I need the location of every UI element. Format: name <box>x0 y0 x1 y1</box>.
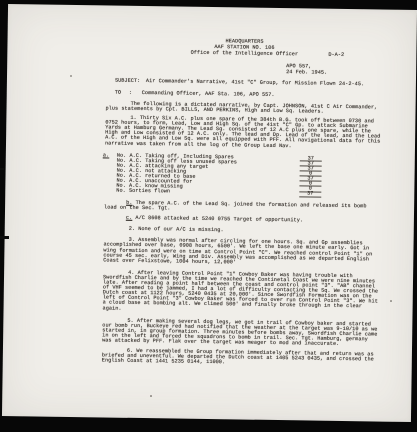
subitem-c-text: A/C 8608 attacked at 5240 0755 Target of… <box>135 215 303 223</box>
subject-label: SUBJECT: <box>115 79 146 85</box>
subitem-c-label: c. <box>126 215 132 221</box>
scan-speck <box>150 395 152 397</box>
to-label: TO <box>115 90 129 95</box>
table-row-value: 37 <box>299 191 321 197</box>
intro-paragraph: The following is a dictated narrative, b… <box>105 101 381 115</box>
table-row-label: No. Sorties flown <box>116 188 170 195</box>
paragraph-6: 6. We reassembled the Group formation im… <box>102 348 378 367</box>
to-colon: : <box>129 91 142 96</box>
scan-speck <box>70 75 72 77</box>
paragraph-5: 5. After making several dog legs, we got… <box>102 318 378 348</box>
document-content: HEADQUARTERS AAF STATION NO. 106 Office … <box>102 36 383 367</box>
subitem-b-text: The spare A.C. of the Lead Sq. joined th… <box>104 200 367 212</box>
paragraph-2: 2. None of our A/C is missing. <box>104 227 380 236</box>
to-text: Commanding Officer, AAF Sta. 106, APO 55… <box>142 90 275 98</box>
date-block: APO 557, 24 Feb. 1945. <box>286 64 382 77</box>
scan-edge-artifact <box>0 236 9 239</box>
document-page: HEADQUARTERS AAF STATION NO. 106 Office … <box>2 4 417 422</box>
paragraph-3: 3. Assembly was normal after circling fo… <box>103 238 379 268</box>
sortie-stats-table: a. No. A.C. Taking off, Including Spares… <box>116 153 327 196</box>
subject-line: SUBJECT:Air Commander's Narrative, 41st … <box>115 79 382 88</box>
paragraph-1: 1. Thirty Six A.C. plus one spare of the… <box>105 116 381 151</box>
letterhead: HEADQUARTERS AAF STATION NO. 106 Office … <box>106 36 382 58</box>
subitem-c: c. A/C 8608 attacked at 5240 0755 Target… <box>104 216 380 225</box>
to-line: TO:Commanding Officer, AAF Sta. 106, APO… <box>115 90 382 99</box>
paragraph-4: 4. After leaving Control Point "1" Cowbo… <box>103 270 380 315</box>
subitem-b: b. The spare A.C. of the Lead Sq. joined… <box>104 200 380 214</box>
scan-edge-artifact <box>0 168 4 170</box>
stats-item-label: a. <box>103 153 109 158</box>
date-line: 24 Feb. 1945. <box>286 70 382 77</box>
subject-text: Air Commander's Narrative, 41st "C" Grou… <box>146 78 364 87</box>
scan-speck <box>390 300 392 302</box>
reference-code: D-A-2 <box>328 52 344 58</box>
